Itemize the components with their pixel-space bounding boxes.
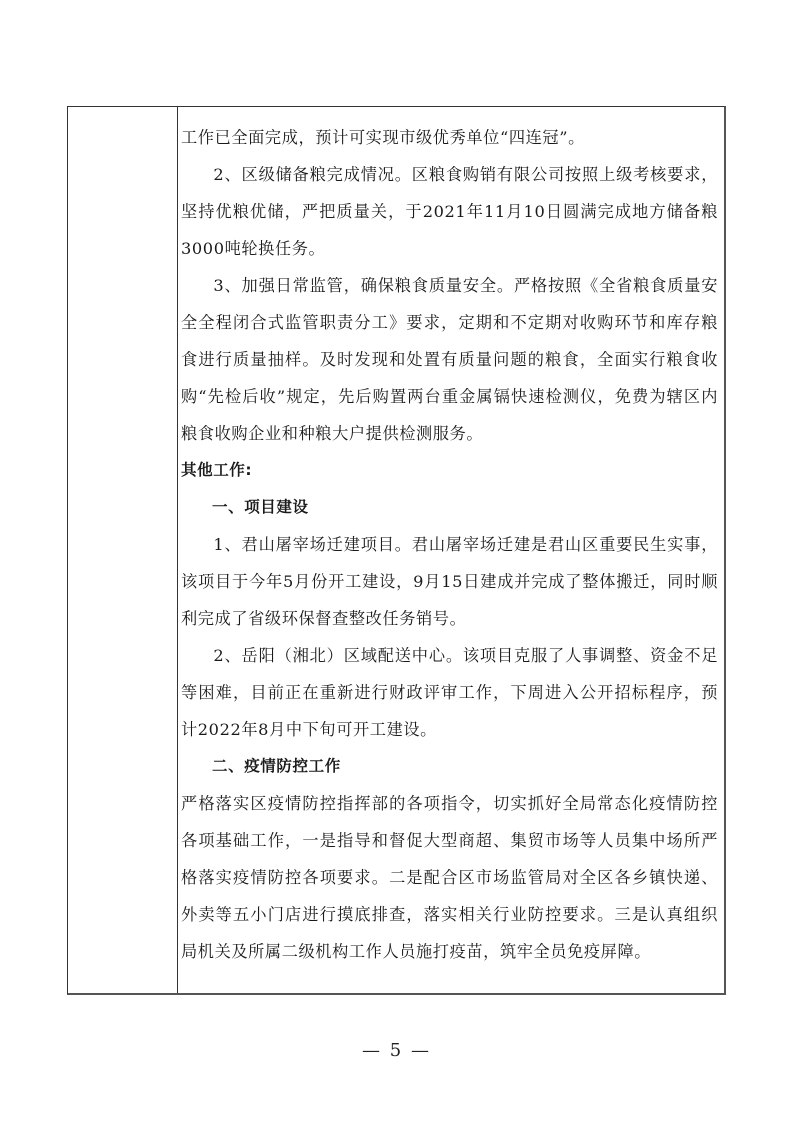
report-table: 工作已全面完成，预计可实现市级优秀单位“四连冠”。 2、区级储备粮完成情况。区粮… — [67, 106, 726, 995]
table-label-cell — [68, 107, 178, 993]
paragraph-distribution-center: 2、岳阳（湘北）区域配送中心。该项目克服了人事调整、资金不足等困难，目前正在重新… — [181, 637, 718, 748]
page-number: — 5 — — [0, 1040, 793, 1061]
heading-epidemic-control: 二、疫情防控工作 — [181, 748, 718, 785]
heading-other-work: 其他工作: — [181, 452, 718, 489]
paragraph-epidemic-control: 严格落实区疫情防控指挥部的各项指令，切实抓好全局常态化疫情防控各项基础工作，一是… — [181, 785, 718, 970]
paragraph-reserve-grain: 2、区级储备粮完成情况。区粮食购销有限公司按照上级考核要求，坚持优粮优储，严把质… — [181, 156, 718, 267]
paragraph-continuation: 工作已全面完成，预计可实现市级优秀单位“四连冠”。 — [181, 119, 718, 156]
table-content-cell: 工作已全面完成，预计可实现市级优秀单位“四连冠”。 2、区级储备粮完成情况。区粮… — [178, 107, 724, 993]
paragraph-quality-supervision: 3、加强日常监管，确保粮食质量安全。严格按照《全省粮食质量安全全程闭合式监管职责… — [181, 267, 718, 452]
paragraph-slaughterhouse-project: 1、君山屠宰场迁建项目。君山屠宰场迁建是君山区重要民生实事，该项目于今年5月份开… — [181, 526, 718, 637]
heading-project-construction: 一、项目建设 — [181, 489, 718, 526]
